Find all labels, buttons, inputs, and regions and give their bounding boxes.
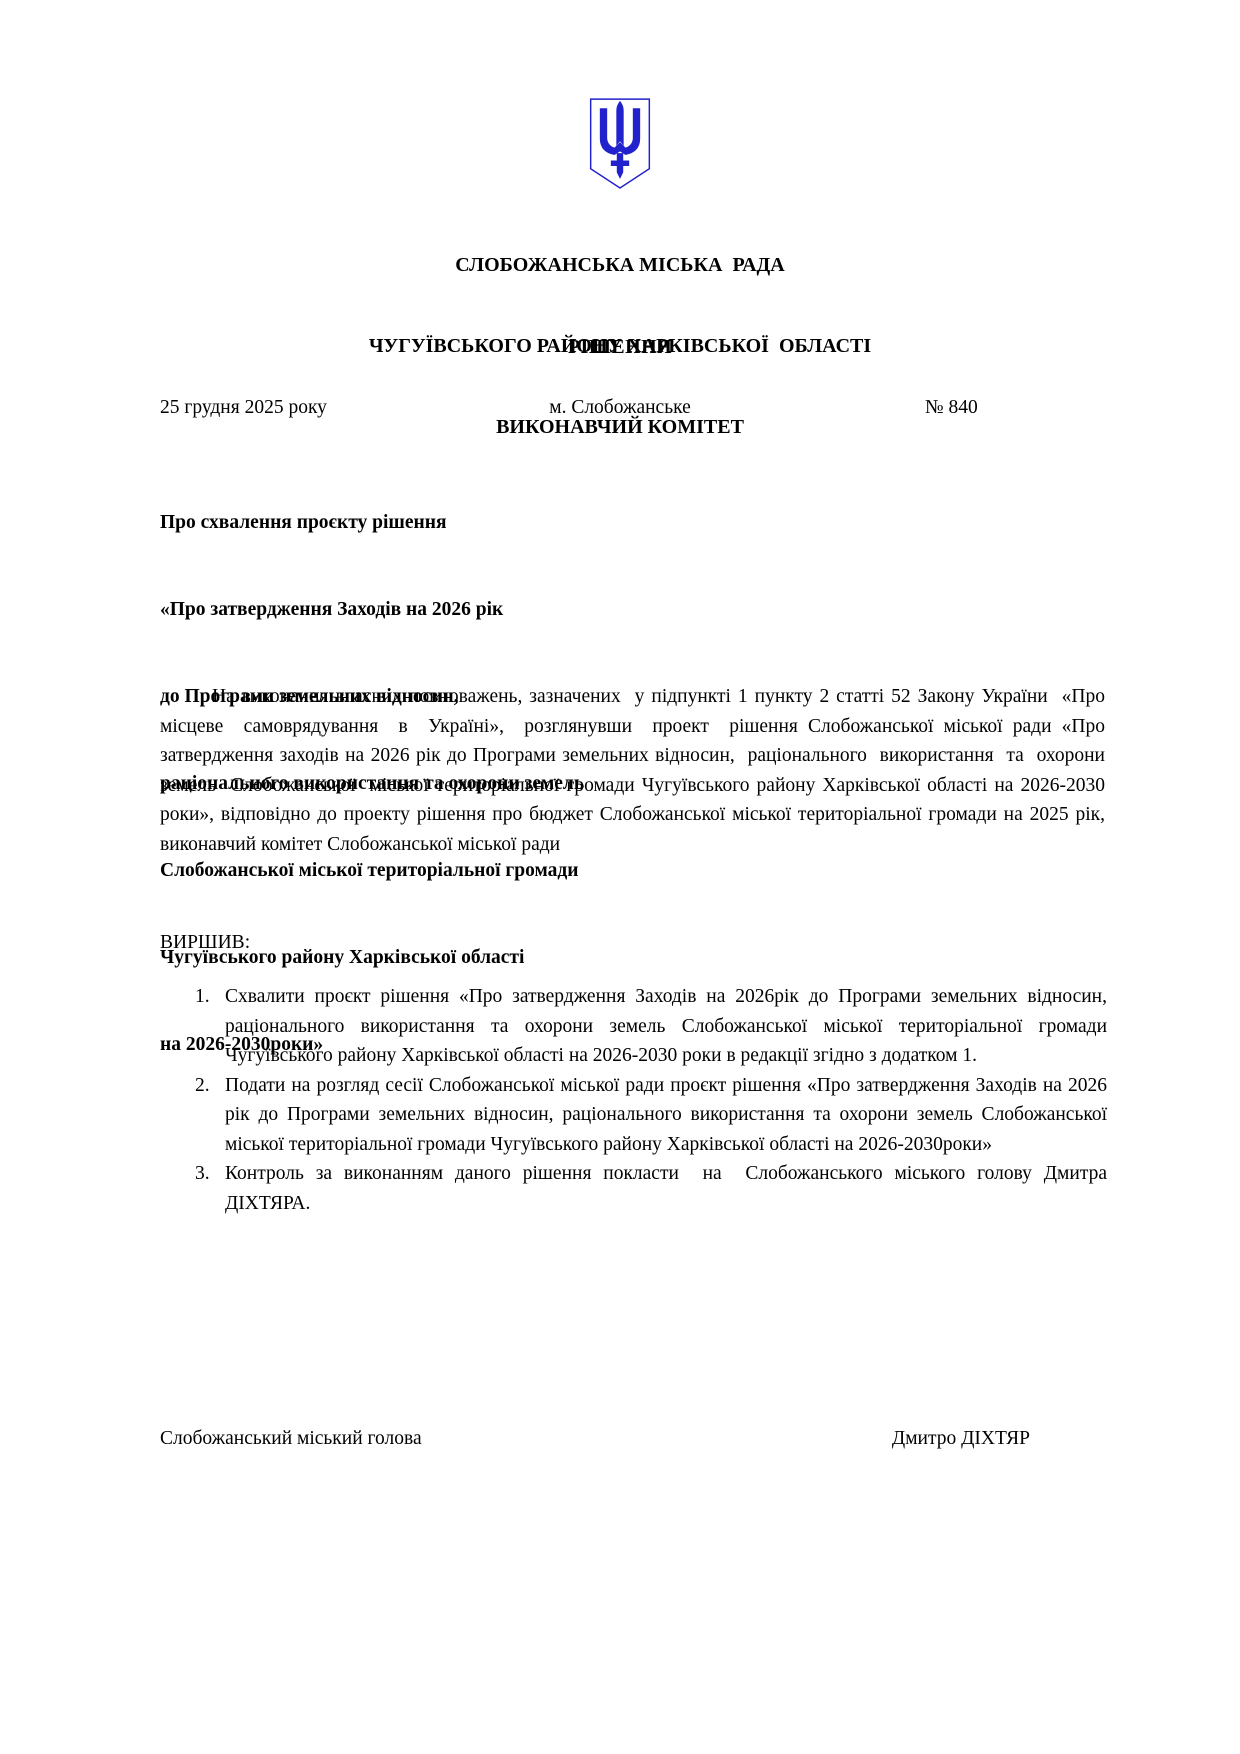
list-item-number: 3. [195, 1159, 225, 1189]
coat-of-arms [587, 94, 653, 194]
list-item: 3. Контроль за виконанням даного рішення… [195, 1159, 1107, 1218]
subject-line: Слобожанської міської територіальної гро… [160, 856, 860, 885]
list-item-text: Контроль за виконанням даного рішення по… [225, 1159, 1107, 1218]
list-item-number: 1. [195, 982, 225, 1012]
trident-icon [587, 94, 653, 194]
trident-glyph [600, 101, 640, 179]
document-type-title: РІШЕННЯ [0, 336, 1240, 359]
document-page: СЛОБОЖАНСЬКА МІСЬКА РАДА ЧУГУЇВСЬКОГО РА… [0, 0, 1240, 1754]
signature-title: Слобожанський міський голова [160, 1428, 422, 1450]
subject-line: Чугуївського району Харківської області [160, 943, 860, 972]
list-item-number: 2. [195, 1071, 225, 1101]
preamble-paragraph: На виконання власних повноважень, зазнач… [160, 682, 1105, 859]
document-place: м. Слобожанське [0, 397, 1240, 419]
list-item: 2. Подати на розгляд сесії Слобожанської… [195, 1071, 1107, 1160]
org-name-line: СЛОБОЖАНСЬКА МІСЬКА РАДА [0, 252, 1240, 279]
list-item: 1. Схвалити проєкт рішення «Про затвердж… [195, 982, 1107, 1071]
signature-row: Слобожанський міський голова Дмитро ДІХТ… [160, 1428, 1030, 1450]
resolved-label: ВИРШИВ: [160, 932, 250, 954]
decision-list: 1. Схвалити проєкт рішення «Про затвердж… [195, 982, 1107, 1218]
subject-line: «Про затвердження Заходів на 2026 рік [160, 595, 860, 624]
signature-name: Дмитро ДІХТЯР [892, 1428, 1030, 1450]
subject-line: Про схвалення проєкту рішення [160, 508, 860, 537]
list-item-text: Схвалити проєкт рішення «Про затвердженн… [225, 982, 1107, 1071]
document-number: № 840 [925, 397, 978, 419]
list-item-text: Подати на розгляд сесії Слобожанської мі… [225, 1071, 1107, 1160]
